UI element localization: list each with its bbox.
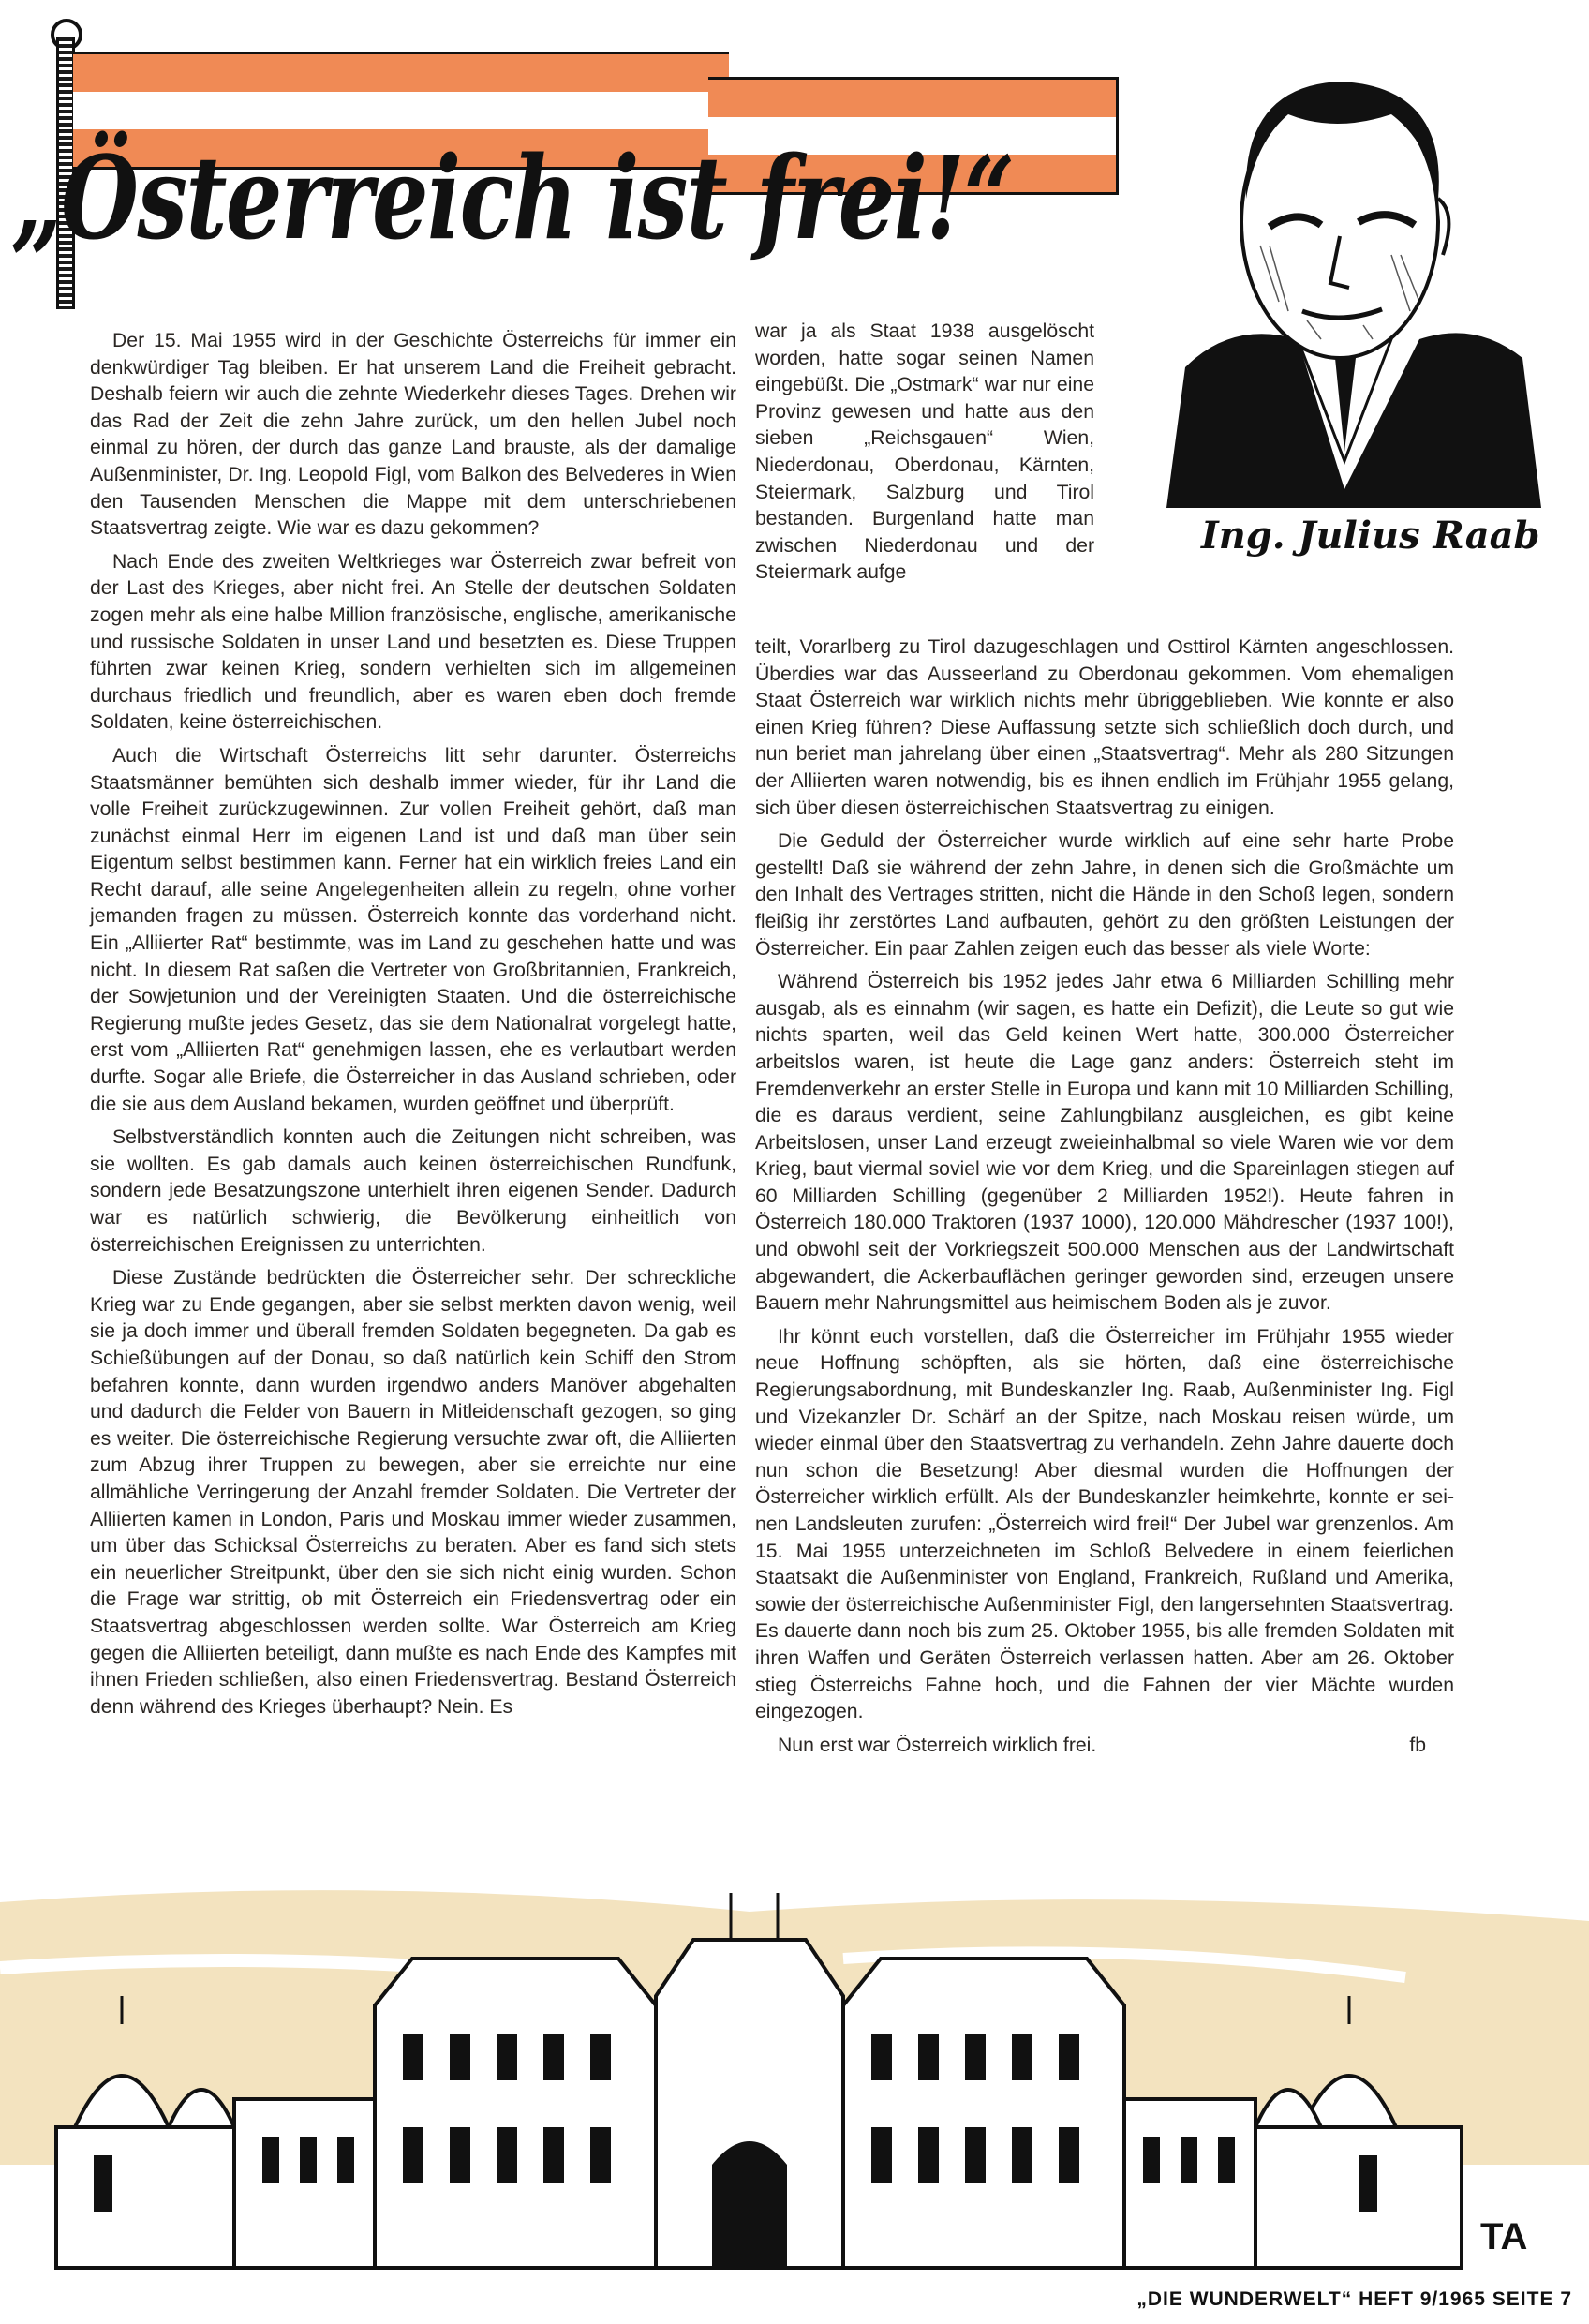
paragraph: Der 15. Mai 1955 wird in der Geschichte … xyxy=(90,328,736,543)
magazine-page: „Österreich ist frei!“ Ing. Julius Raab … xyxy=(0,0,1589,2324)
paragraph: teilt, Vorarlberg zu Tirol dazugeschlage… xyxy=(755,634,1454,822)
paragraph: Nach Ende des zweiten Weltkrieges war Ös… xyxy=(90,549,736,737)
closing-sentence: Nun erst war Österreich wirklich frei. xyxy=(778,1733,1096,1760)
paragraph: Selbstverständlich konnten auch die Zeit… xyxy=(90,1125,736,1259)
title-banner: „Österreich ist frei!“ xyxy=(0,0,1218,309)
article-middle-column: war ja als Staat 1938 ausgelöscht worden… xyxy=(755,319,1094,593)
page-footer: „DIE WUNDERWELT“ HEFT 9/1965 SEITE 7 xyxy=(1136,2288,1572,2311)
belvedere-palace-illustration-icon: TA xyxy=(0,1884,1589,2296)
paragraph: Während Österreich bis 1952 jedes Jahr e… xyxy=(755,969,1454,1318)
paragraph: Ihr könnt euch vorstellen, daß die Öster… xyxy=(755,1324,1454,1726)
article-right-column: teilt, Vorarlberg zu Tirol dazugeschlage… xyxy=(755,634,1454,1759)
paragraph: Auch die Wirtschaft Österreichs litt seh… xyxy=(90,743,736,1118)
page-title: „Österreich ist frei!“ xyxy=(11,141,1014,255)
closing-line: Nun erst war Österreich wirklich frei. f… xyxy=(755,1733,1454,1760)
portrait-julius-raab-icon xyxy=(1148,58,1541,508)
paragraph: Die Geduld der Österreicher wurde wirkli… xyxy=(755,828,1454,962)
portrait-caption: Ing. Julius Raab xyxy=(1201,514,1540,558)
article-left-column: Der 15. Mai 1955 wird in der Geschichte … xyxy=(90,328,736,1727)
paragraph: war ja als Staat 1938 ausgelöscht worden… xyxy=(755,319,1094,587)
paragraph: Diese Zustände bedrückten die Österreich… xyxy=(90,1265,736,1721)
artist-signature: TA xyxy=(1480,2216,1527,2257)
author-initials: fb xyxy=(1409,1733,1426,1760)
